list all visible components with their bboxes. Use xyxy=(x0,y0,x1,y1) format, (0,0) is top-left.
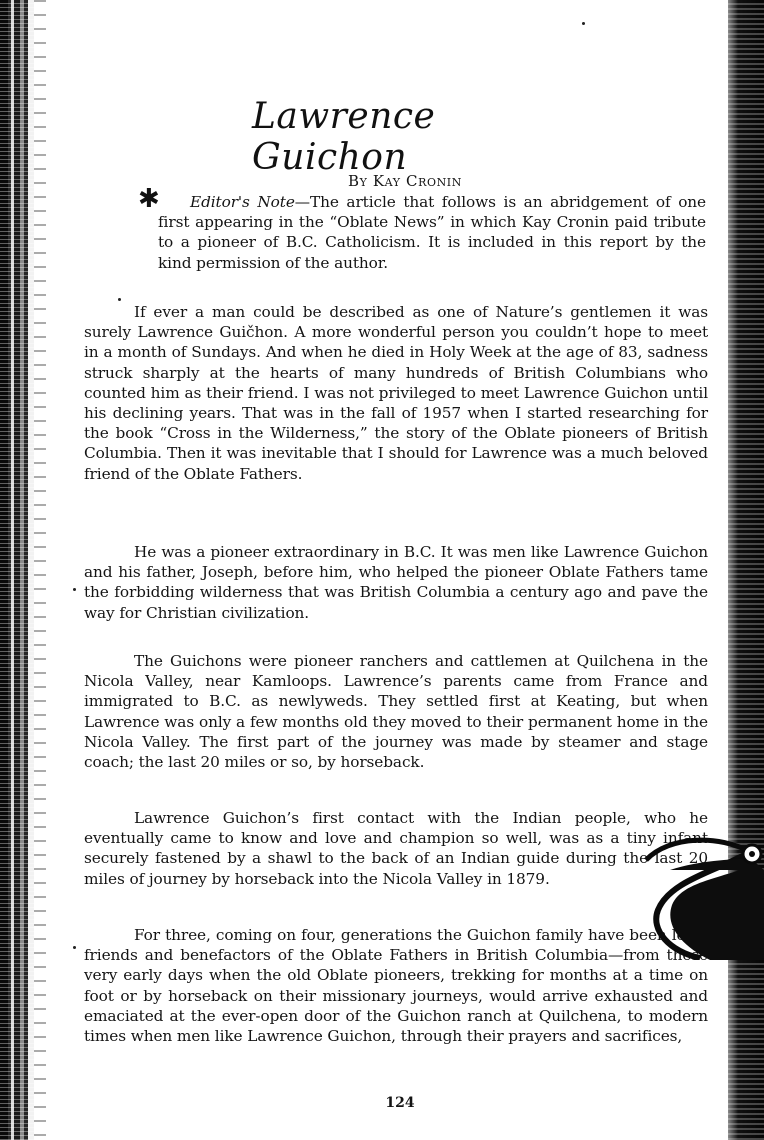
paragraph-2: He was a pioneer extraordinary in B.C. I… xyxy=(84,542,708,623)
scan-speck xyxy=(582,22,585,25)
scan-speck xyxy=(118,298,121,301)
scan-speck xyxy=(73,946,76,949)
document-page: Lawrence Guichon By Kay Cronin ✱ Editor'… xyxy=(70,0,690,1140)
scan-speck xyxy=(73,588,76,591)
scanned-page-shadow xyxy=(728,0,764,1140)
editor-note: Editor's Note—The article that follows i… xyxy=(158,192,706,273)
paragraph-3: The Guichons were pioneer ranchers and c… xyxy=(84,651,708,772)
article-byline: By Kay Cronin xyxy=(70,172,690,190)
scan-noise xyxy=(34,0,46,1140)
paragraph-4: Lawrence Guichon’s first contact with th… xyxy=(84,808,708,889)
scanned-binding-edge xyxy=(0,0,34,1140)
asterisk-mark-icon: ✱ xyxy=(138,186,160,212)
page-number: 124 xyxy=(70,1095,690,1111)
paragraph-5: For three, coming on four, generations t… xyxy=(84,925,708,1046)
decorative-scroll-ornament-icon xyxy=(640,830,764,960)
editor-note-label: Editor's Note xyxy=(158,193,295,211)
article-title: Lawrence Guichon xyxy=(252,96,572,178)
paragraph-1: If ever a man could be described as one … xyxy=(84,302,708,484)
